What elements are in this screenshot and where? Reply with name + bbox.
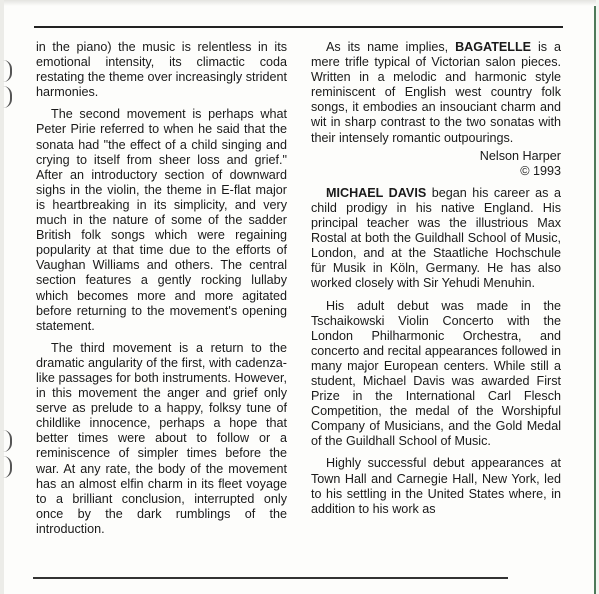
binding-staple-icon <box>3 86 12 108</box>
paragraph-bagatelle: As its name implies, BAGATELLE is a mere… <box>311 40 561 146</box>
paragraph-sonata-first-movement-end: in the piano) the music is relentless in… <box>36 40 287 100</box>
right-column: As its name implies, BAGATELLE is a mere… <box>311 40 561 524</box>
author-signature: Nelson Harper <box>311 149 561 164</box>
copyright-line: © 1993 <box>311 164 561 179</box>
paragraph-second-movement: The second movement is perhaps what Pete… <box>36 107 287 333</box>
bagatelle-title: BAGATELLE <box>455 40 531 54</box>
left-column: in the piano) the music is relentless in… <box>36 40 287 544</box>
binding-staple-icon <box>3 60 12 82</box>
page-top-edge <box>0 0 599 6</box>
bottom-rule <box>33 577 508 579</box>
binding-staple-icon <box>3 456 12 478</box>
binding-staple-icon <box>3 430 12 452</box>
top-rule <box>34 26 563 28</box>
paragraph-us-debut: Highly successful debut appearances at T… <box>311 456 561 516</box>
paragraph-adult-debut: His adult debut was made in the Tschaiko… <box>311 299 561 450</box>
paragraph-third-movement: The third movement is a return to the dr… <box>36 341 287 537</box>
paragraph-michael-davis-bio: MICHAEL DAVIS began his career as a chil… <box>311 186 561 292</box>
artist-name: MICHAEL DAVIS <box>326 186 426 200</box>
